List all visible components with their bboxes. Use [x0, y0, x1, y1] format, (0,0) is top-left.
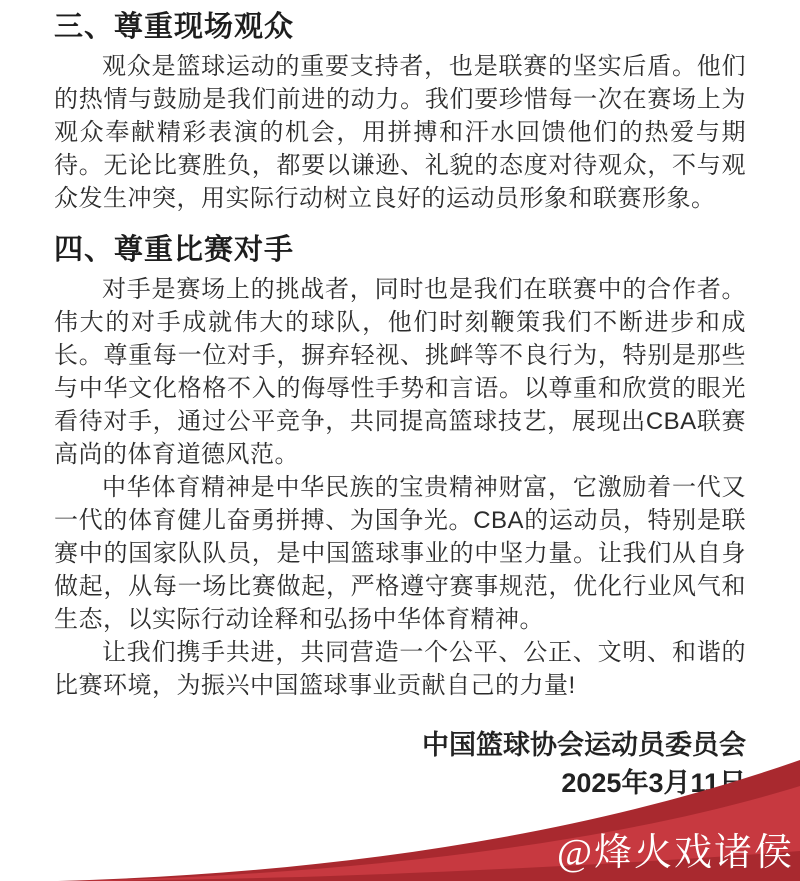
paragraph-opponents: 对手是赛场上的挑战者，同时也是我们在联赛中的合作者。伟大的对手成就伟大的球队，他…	[54, 273, 746, 471]
paragraph-closing-call: 让我们携手共进，共同营造一个公平、公正、文明、和谐的比赛环境，为振兴中国篮球事业…	[54, 636, 746, 702]
letter-body: 三、尊重现场观众 观众是篮球运动的重要支持者，也是联赛的坚实后盾。他们的热情与鼓…	[0, 0, 800, 802]
paragraph-audience: 观众是篮球运动的重要支持者，也是联赛的坚实后盾。他们的热情与鼓励是我们前进的动力…	[54, 50, 746, 215]
watermark-text: @烽火戏诸侯	[557, 833, 794, 873]
paragraph-sports-spirit: 中华体育精神是中华民族的宝贵精神财富，它激励着一代又一代的体育健儿奋勇拼搏、为国…	[54, 471, 746, 636]
section-heading-respect-audience: 三、尊重现场观众	[54, 10, 746, 44]
section-heading-respect-opponents: 四、尊重比赛对手	[54, 233, 746, 267]
